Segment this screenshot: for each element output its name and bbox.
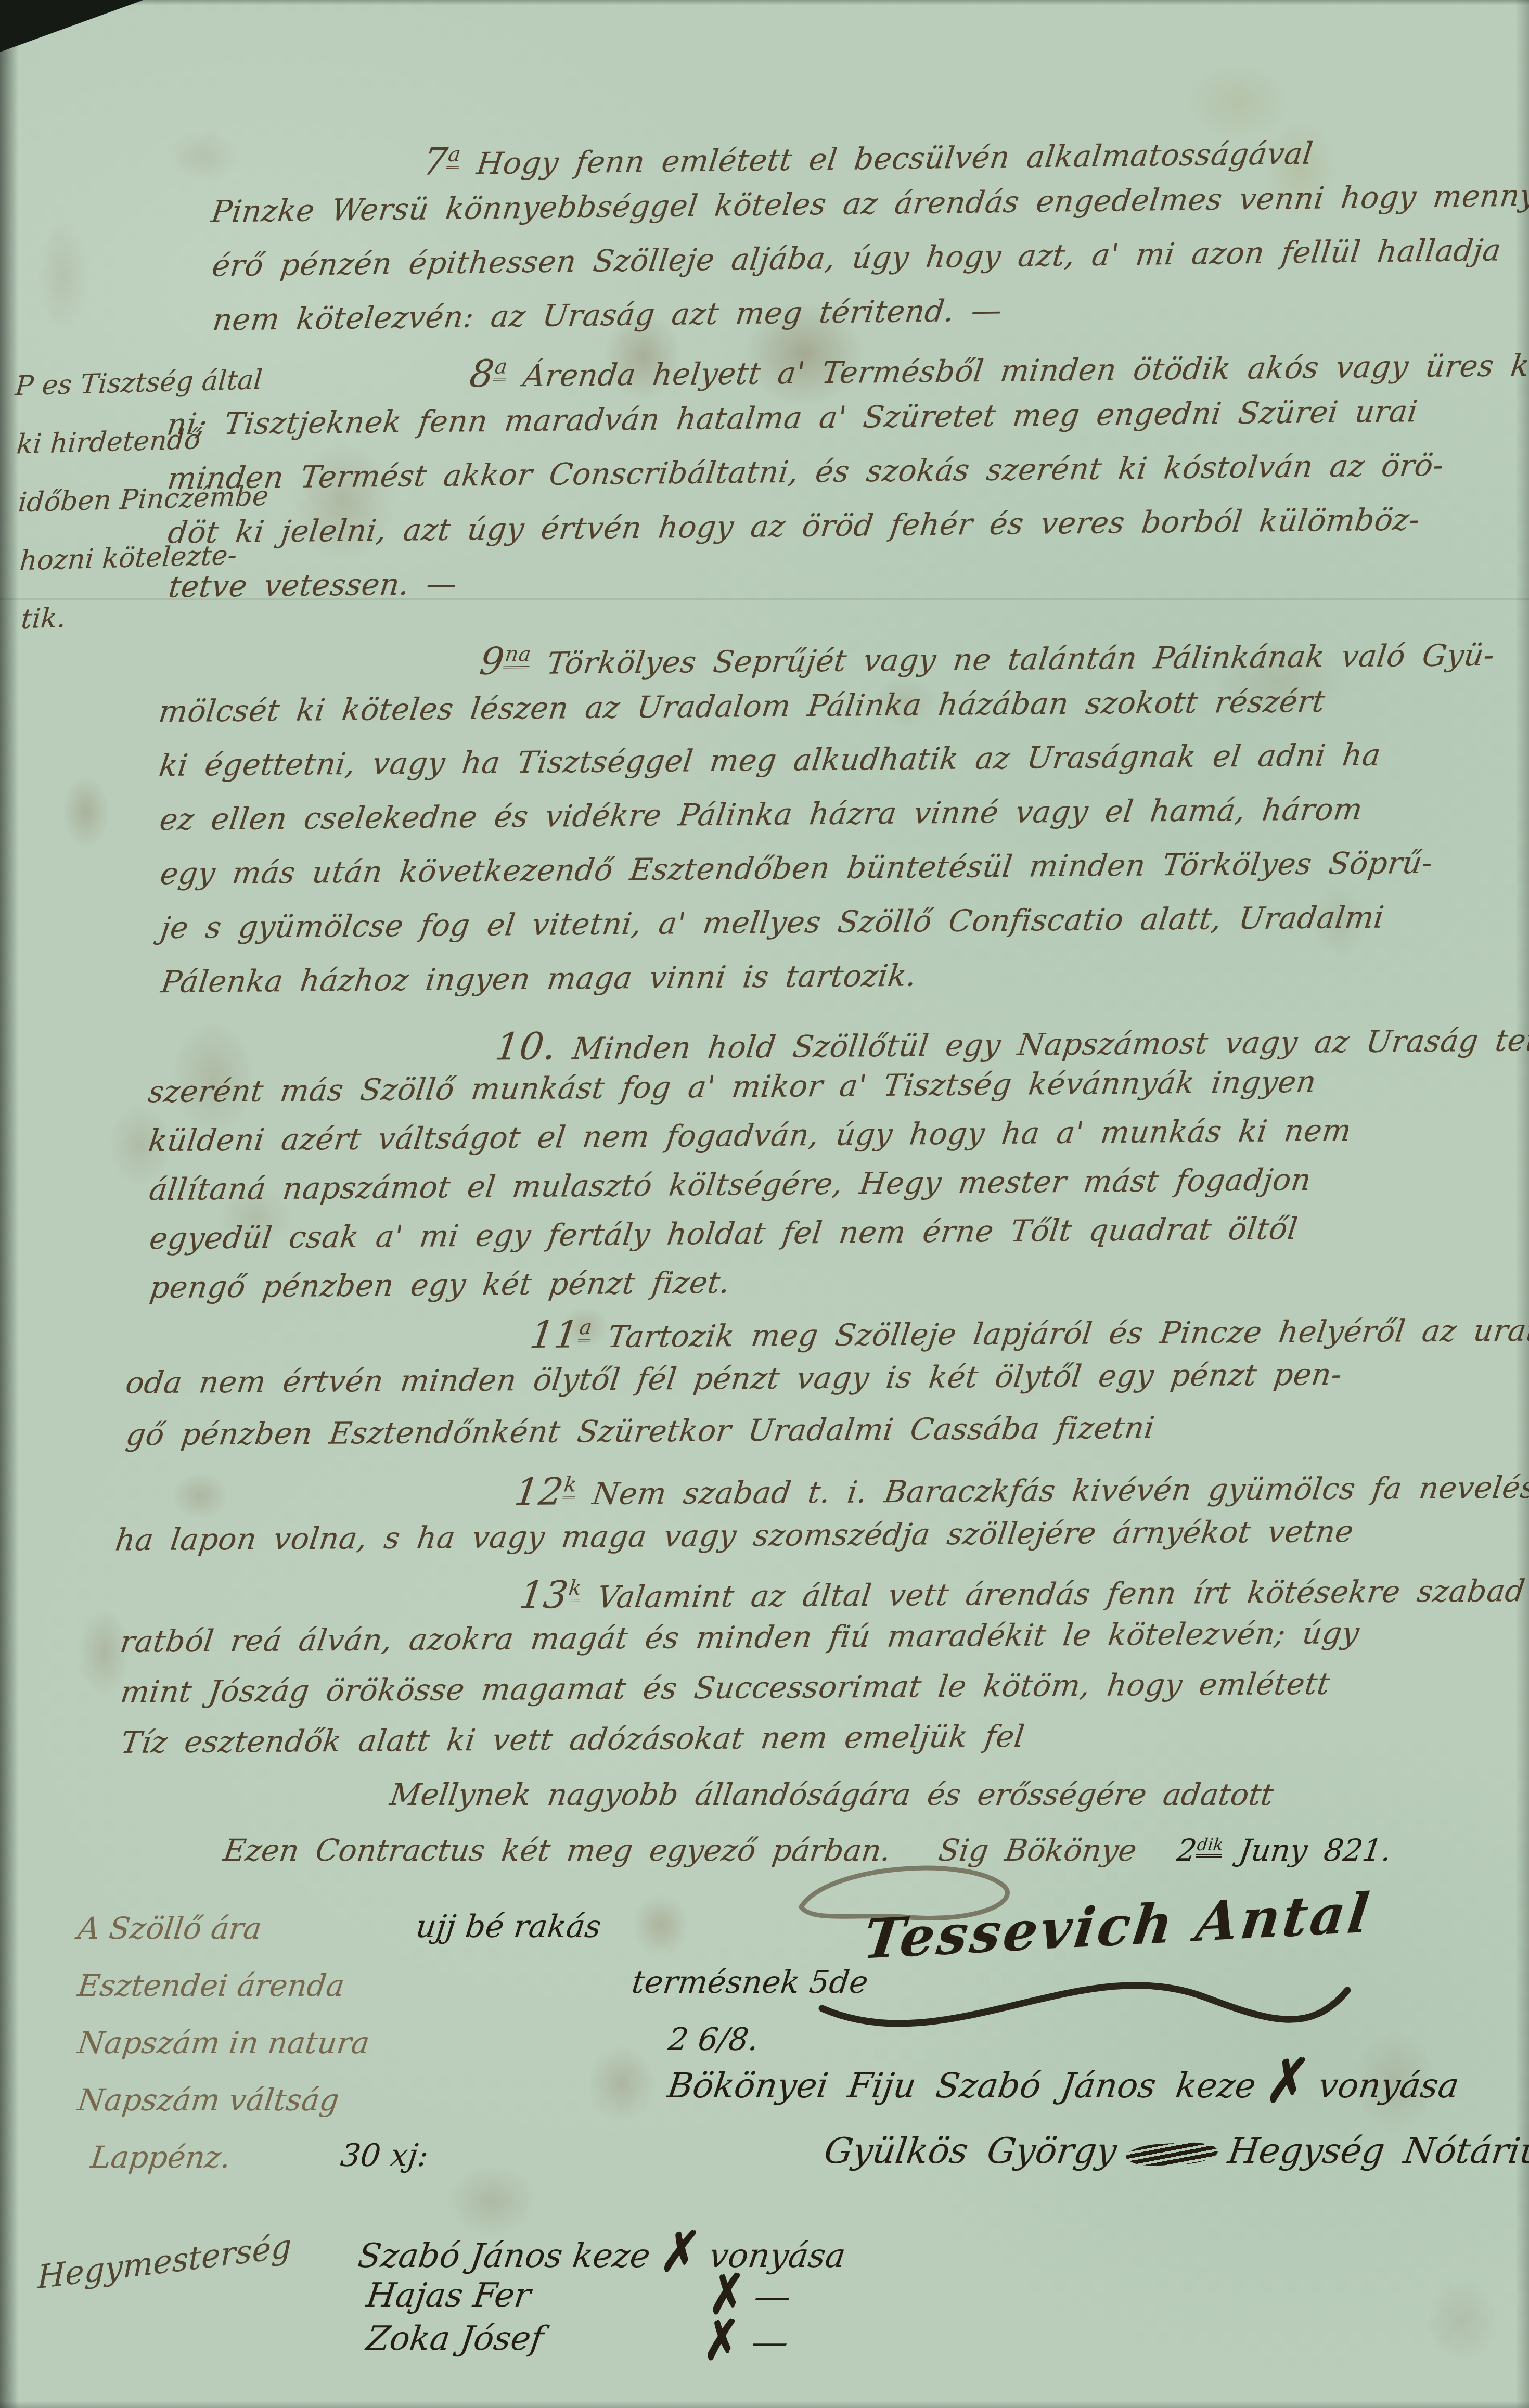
stain — [62, 775, 109, 848]
stain — [36, 219, 88, 333]
paragraph-line: ratból reá álván, azokra magát és minden… — [117, 1606, 1529, 1667]
crossed-out-word — [1125, 2141, 1219, 2167]
witness-notary: Gyülkös GyörgyHegység Nótáriussa — [821, 2131, 1529, 2172]
witness-hajas: Hajas Fer — [364, 2276, 533, 2315]
fee-label: Napszám in natura — [76, 2025, 371, 2060]
paragraph-line: mint Jószág örökösse magamat és Successo… — [118, 1657, 1529, 1718]
fee-label: Esztendei árenda — [76, 1968, 346, 2003]
x-mark: ✗ — [703, 2308, 740, 2373]
witness-text: Bökönyei Fiju Szabó János keze — [665, 2066, 1258, 2106]
witness-dash: — — [751, 2275, 794, 2317]
paragraph-line: 13k Valamint az által vett árendás fenn … — [117, 1556, 1529, 1617]
paragraph-9: 9na Törkölyes Seprűjét vagy ne talántán … — [155, 619, 1495, 1009]
page-edge-shadow-left — [0, 0, 19, 2408]
witness-dash: — — [749, 2321, 791, 2363]
stain — [588, 2045, 656, 2123]
clause-number: 12k — [512, 1469, 579, 1514]
paragraph-12: 12k Nem szabad t. i. Baraczkfás kivévén … — [111, 1452, 1529, 1566]
fee-label: A Szöllő ára — [76, 1911, 264, 1946]
paragraph-line: ha lapon volna, s ha vagy maga vagy szom… — [112, 1504, 1529, 1566]
page-edge-shadow-top — [0, 0, 1529, 5]
fee-label: Lappénz. — [89, 2140, 233, 2175]
witness-text: Szabó János keze — [356, 2237, 653, 2275]
paragraph-line: 12k Nem szabad t. i. Baraczkfás kivévén … — [112, 1452, 1529, 1514]
witness-bokonyei-szabo: Bökönyei Fiju Szabó János keze✗vonyása — [664, 2053, 1463, 2109]
clause-number: 13k — [517, 1573, 584, 1617]
x-mark: ✗ — [1263, 2046, 1313, 2116]
fee-value: termésnek 5de — [630, 1964, 870, 2001]
closing-line-1: Mellynek nagyobb állandóságára és erőssé… — [388, 1777, 1276, 1812]
page-edge-shadow-right — [1515, 0, 1529, 2408]
closing-date: 2dik Juny 821. — [1175, 1833, 1394, 1868]
fee-value: 30 xj: — [339, 2137, 431, 2174]
fee-label: Napszám váltság — [76, 2082, 341, 2118]
paragraph-line: Tíz esztendők alatt ki vett adózásokat n… — [118, 1707, 1529, 1768]
paragraph-13: 13k Valamint az által vett árendás fenn … — [117, 1556, 1529, 1768]
manuscript-page: { "colors": { "paper": "#b9cdba", "ink_b… — [0, 0, 1529, 2408]
clause-number: 9na — [477, 639, 533, 683]
paragraph-line: 11a Tartozik meg Szölleje lapjáról és Pi… — [122, 1295, 1529, 1356]
clause-number: 7a — [420, 139, 462, 184]
clause-number: 11a — [528, 1312, 594, 1356]
paragraph-line: Pálenka házhoz ingyen maga vinni is tart… — [158, 943, 1502, 1009]
page-edge-shadow-bottom — [0, 2401, 1529, 2408]
stain — [632, 1894, 689, 1956]
paragraph-10: 10. Minden hold Szöllőtül egy Napszámost… — [145, 1006, 1529, 1312]
paragraph-11: 11a Tartozik meg Szölleje lapjáról és Pi… — [122, 1295, 1529, 1461]
witness-name: Gyülkös György — [821, 2131, 1119, 2172]
hegymester-note: Hegymesterség — [37, 2227, 292, 2297]
stain — [1425, 2279, 1498, 2362]
scanner-corner — [0, 0, 143, 52]
paragraph-line: oda nem értvén minden ölytől fél pénzt v… — [122, 1347, 1529, 1408]
paragraph-8: 8a Árenda helyett a' Termésből minden öt… — [162, 328, 1529, 614]
x-mark: ✗ — [658, 2220, 703, 2284]
clause-number: 8a — [467, 352, 509, 396]
paragraph-line: gő pénzben Esztendőnként Szüretkor Urada… — [123, 1399, 1529, 1461]
paragraph-7: 7a Hogy fenn emlétett el becsülvén alkal… — [207, 114, 1529, 347]
witness-title: Hegység Nótáriussa — [1226, 2131, 1529, 2172]
witness-szabo-janos: Szabó János keze✗vonyása — [355, 2226, 850, 2277]
fee-value: ujj bé rakás — [414, 1909, 603, 1945]
witness-text: vonyása — [1316, 2066, 1461, 2106]
clause-number: 10. — [493, 1024, 559, 1068]
witness-zoka: Zoka Jósef — [364, 2320, 546, 2358]
